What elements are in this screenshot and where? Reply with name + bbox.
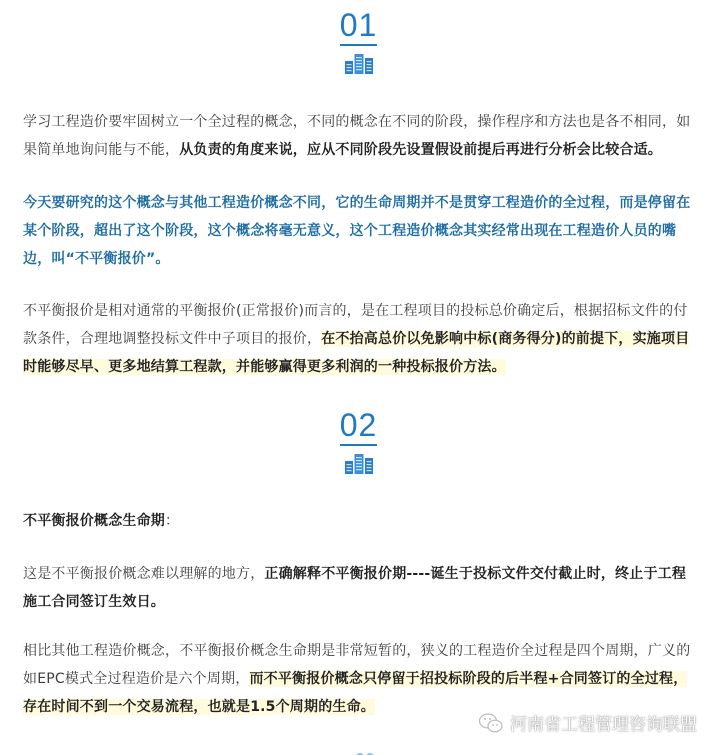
watermark-text: 河南省工程管理咨询联盟	[510, 710, 697, 735]
watermark: 河南省工程管理咨询联盟	[478, 710, 697, 735]
section-01-header: 01	[0, 8, 717, 74]
lifecycle-heading: 不平衡报价概念生命期	[23, 513, 165, 529]
paragraph-concept: 今天要研究的这个概念与其他工程造价概念不同，它的生命周期并不是贯穿工程造价的全过…	[23, 189, 699, 273]
paragraph-definition: 不平衡报价是相对通常的平衡报价(正常报价)而言的，是在工程项目的投标总价确定后，…	[23, 297, 699, 381]
section-number: 02	[340, 408, 378, 446]
paragraph-intro: 学习工程造价要牢固树立一个全过程的概念，不同的概念在不同的阶段，操作程序和方法也…	[23, 108, 699, 164]
explanation-text: 这是不平衡报价概念难以理解的地方，	[23, 566, 264, 582]
buildings-icon	[344, 54, 374, 74]
paragraph-explanation: 这是不平衡报价概念难以理解的地方，正确解释不平衡报价期----诞生于投标文件交付…	[23, 560, 699, 616]
concept-blue-text: 今天要研究的这个概念与其他工程造价概念不同，它的生命周期并不是贯穿工程造价的全过…	[23, 195, 690, 267]
wechat-icon	[478, 712, 504, 734]
paragraph-comparison: 相比其他工程造价概念，不平衡报价概念生命期是非常短暂的，狭义的工程造价全过程是四…	[23, 637, 699, 721]
section-02-header: 02	[0, 408, 717, 474]
lifecycle-colon: ：	[165, 513, 179, 529]
intro-bold-text: 从负责的角度来说，应从不同阶段先设置假设前提后再进行分析会比较合适。	[179, 142, 662, 158]
buildings-icon	[344, 454, 374, 474]
next-section-number-peek	[356, 748, 380, 755]
section-number: 01	[340, 8, 378, 46]
subheading-lifecycle: 不平衡报价概念生命期：	[23, 507, 699, 535]
